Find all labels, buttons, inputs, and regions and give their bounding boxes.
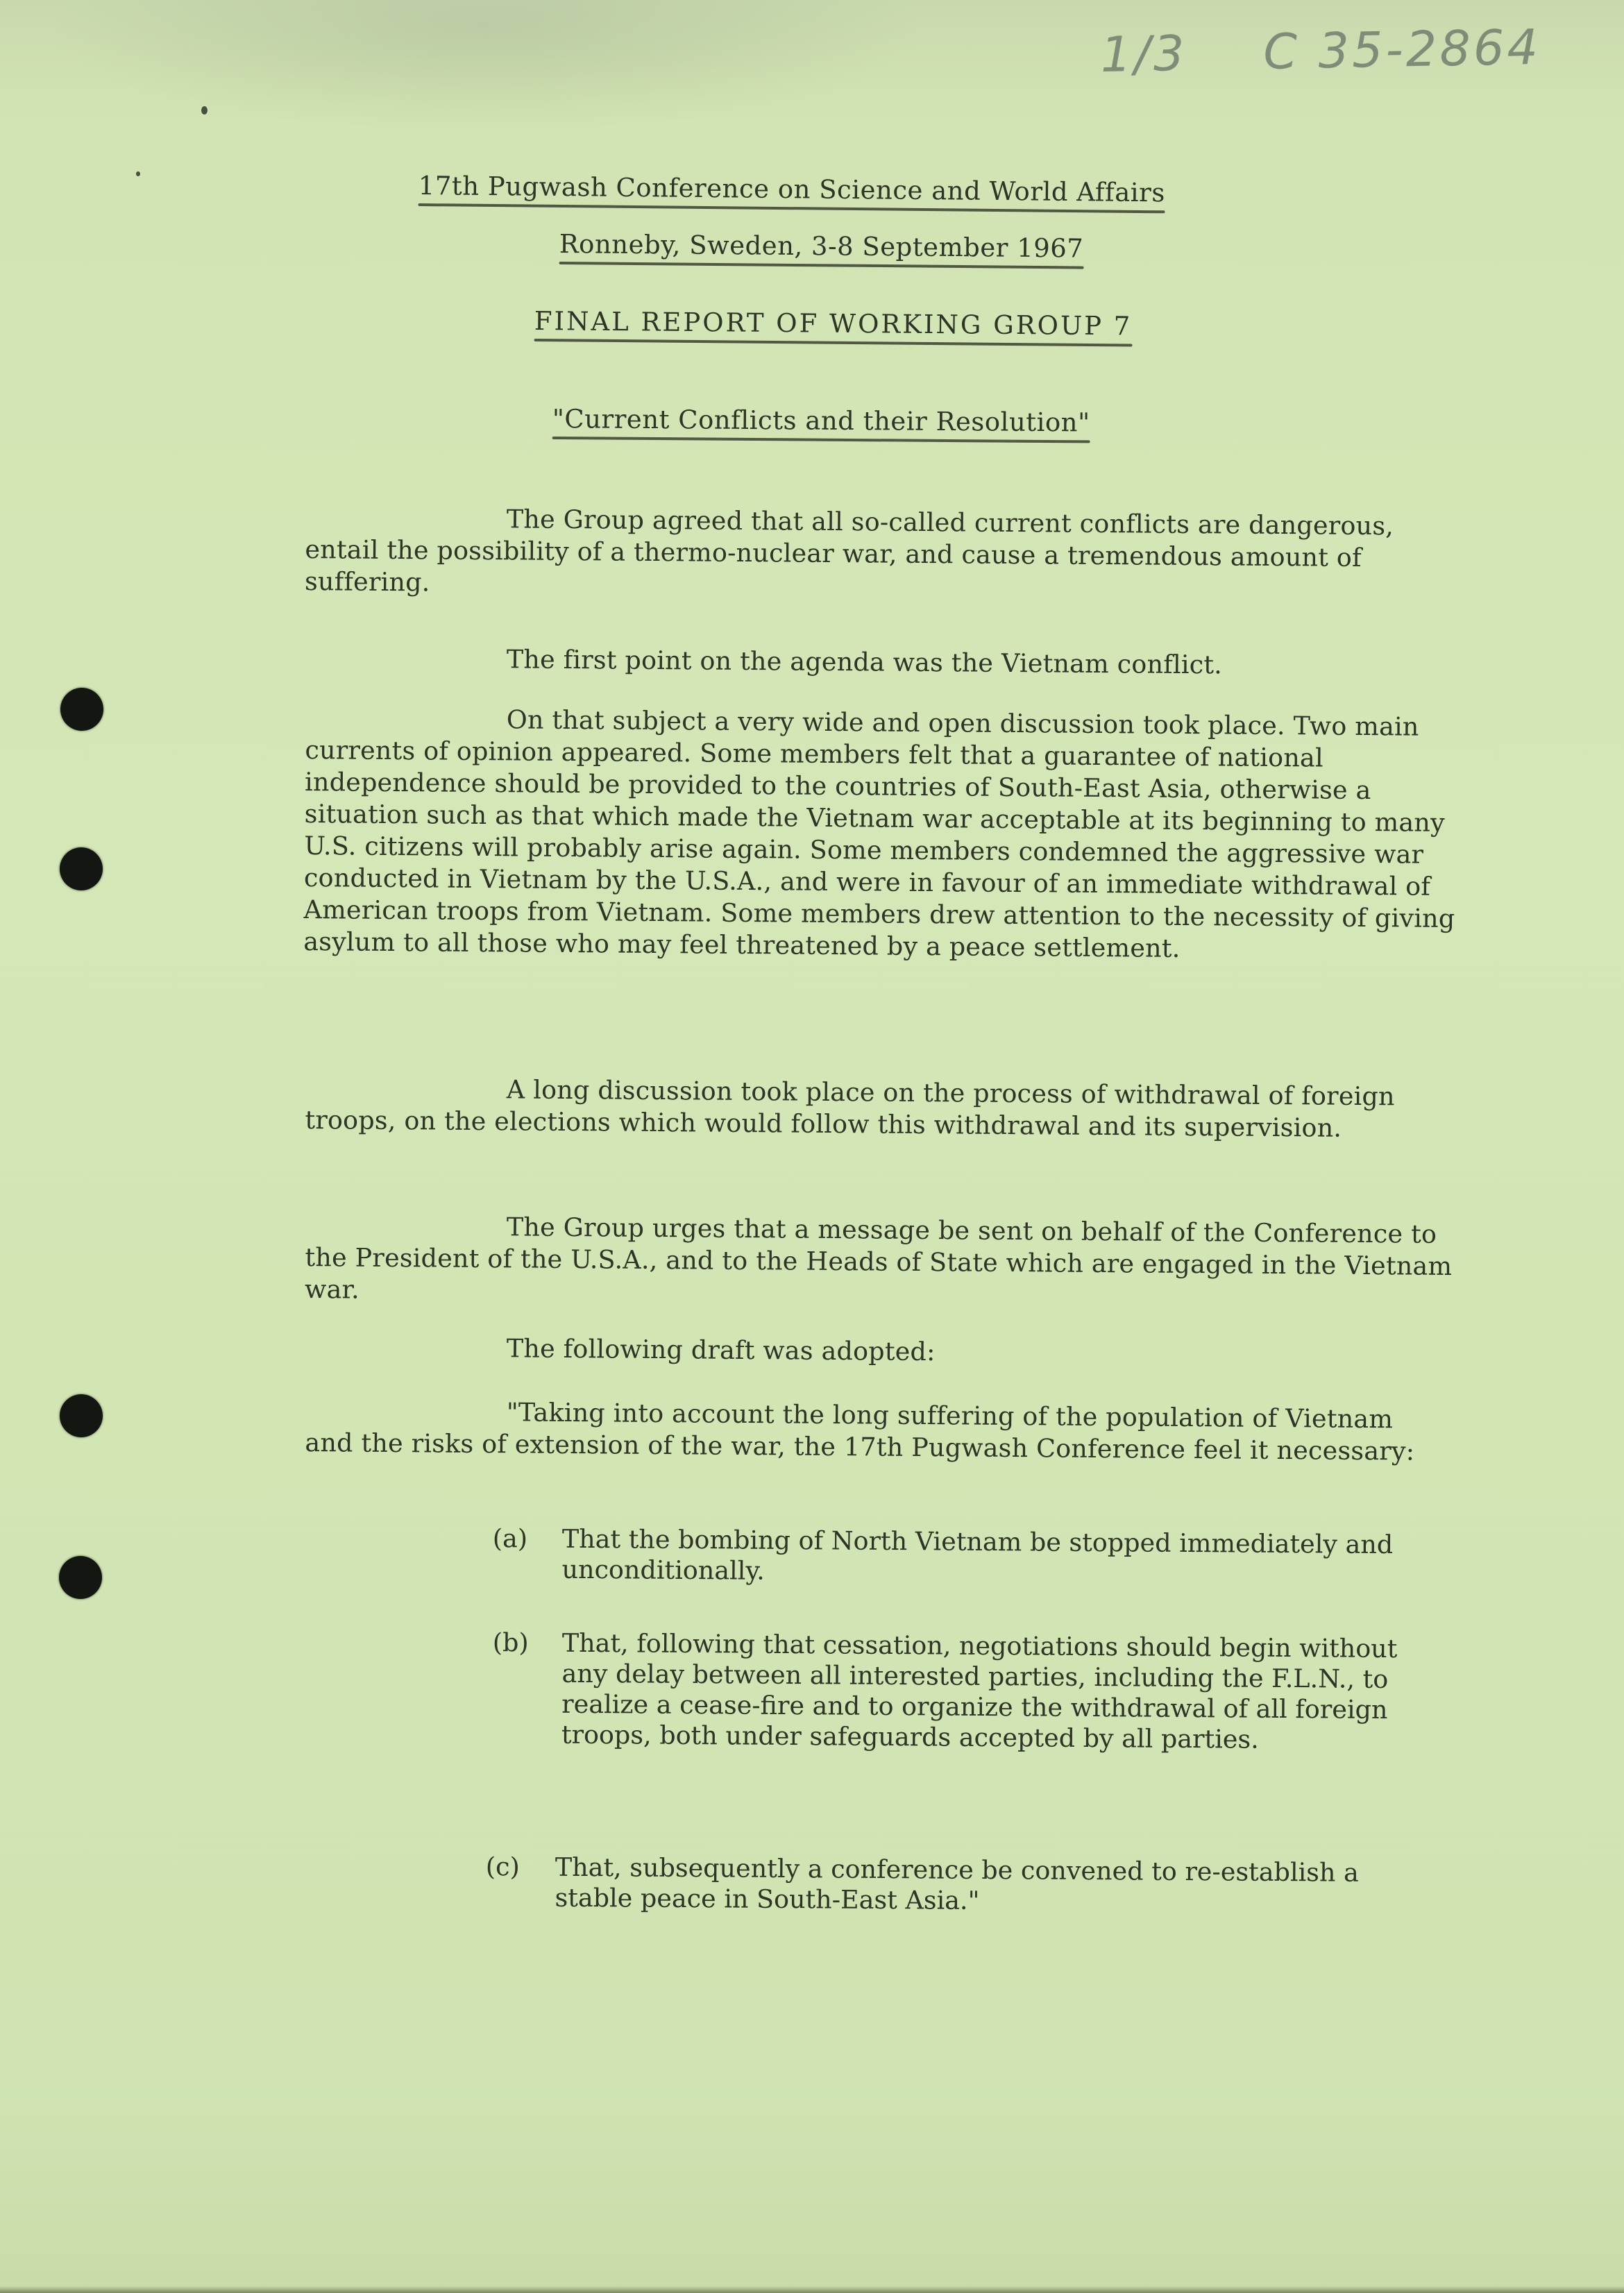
list-marker: (b) [492, 1627, 562, 1750]
list-item-text: That, following that cessation, negotiat… [561, 1628, 1409, 1757]
punch-hole [60, 688, 103, 731]
resolution-item-a: (a) That the bombing of North Vietnam be… [492, 1523, 1409, 1591]
paragraph-withdrawal: A long discussion took place on the proc… [305, 1072, 1457, 1145]
paragraph-agenda: The first point on the agenda was the Vi… [305, 642, 1457, 683]
report-subtitle: "Current Conflicts and their Resolution" [552, 404, 1090, 443]
speck-mark [201, 106, 208, 115]
punch-hole [60, 1394, 103, 1437]
punch-hole [59, 1556, 102, 1599]
list-item-text: That the bombing of North Vietnam be sto… [561, 1524, 1409, 1591]
list-marker: (a) [492, 1523, 562, 1585]
location-date-heading: Ronneby, Sweden, 3-8 September 1967 [559, 229, 1084, 269]
paragraph-intro: The Group agreed that all so-called curr… [305, 502, 1457, 607]
report-title: FINAL REPORT OF WORKING GROUP 7 [534, 306, 1133, 347]
resolution-item-c: (c) That, subsequently a conference be c… [485, 1852, 1402, 1919]
paragraph-resolution-preamble: "Taking into account the long suffering … [305, 1395, 1430, 1468]
conference-heading: 17th Pugwash Conference on Science and W… [418, 171, 1166, 213]
paragraph-message: The Group urges that a message be sent o… [305, 1210, 1457, 1314]
list-item-text: That, subsequently a conference be conve… [555, 1852, 1402, 1920]
speck-mark [136, 171, 140, 176]
page-bottom-edge [0, 2286, 1624, 2293]
list-marker: (c) [485, 1852, 555, 1913]
paragraph-discussion: On that subject a very wide and open dis… [303, 702, 1457, 967]
punch-hole [60, 847, 103, 890]
document-page: 1/3C 35-2864 17th Pugwash Conference on … [0, 0, 1624, 2293]
resolution-item-b: (b) That, following that cessation, nego… [492, 1627, 1409, 1756]
reference-number-annotation: C 35-2864 [1263, 19, 1541, 81]
page-number-annotation: 1/3 [1100, 25, 1187, 83]
heading-underline [552, 437, 1090, 443]
paragraph-draft-adopted: The following draft was adopted: [305, 1331, 1457, 1372]
handwritten-annotation: 1/3C 35-2864 [1100, 19, 1541, 83]
